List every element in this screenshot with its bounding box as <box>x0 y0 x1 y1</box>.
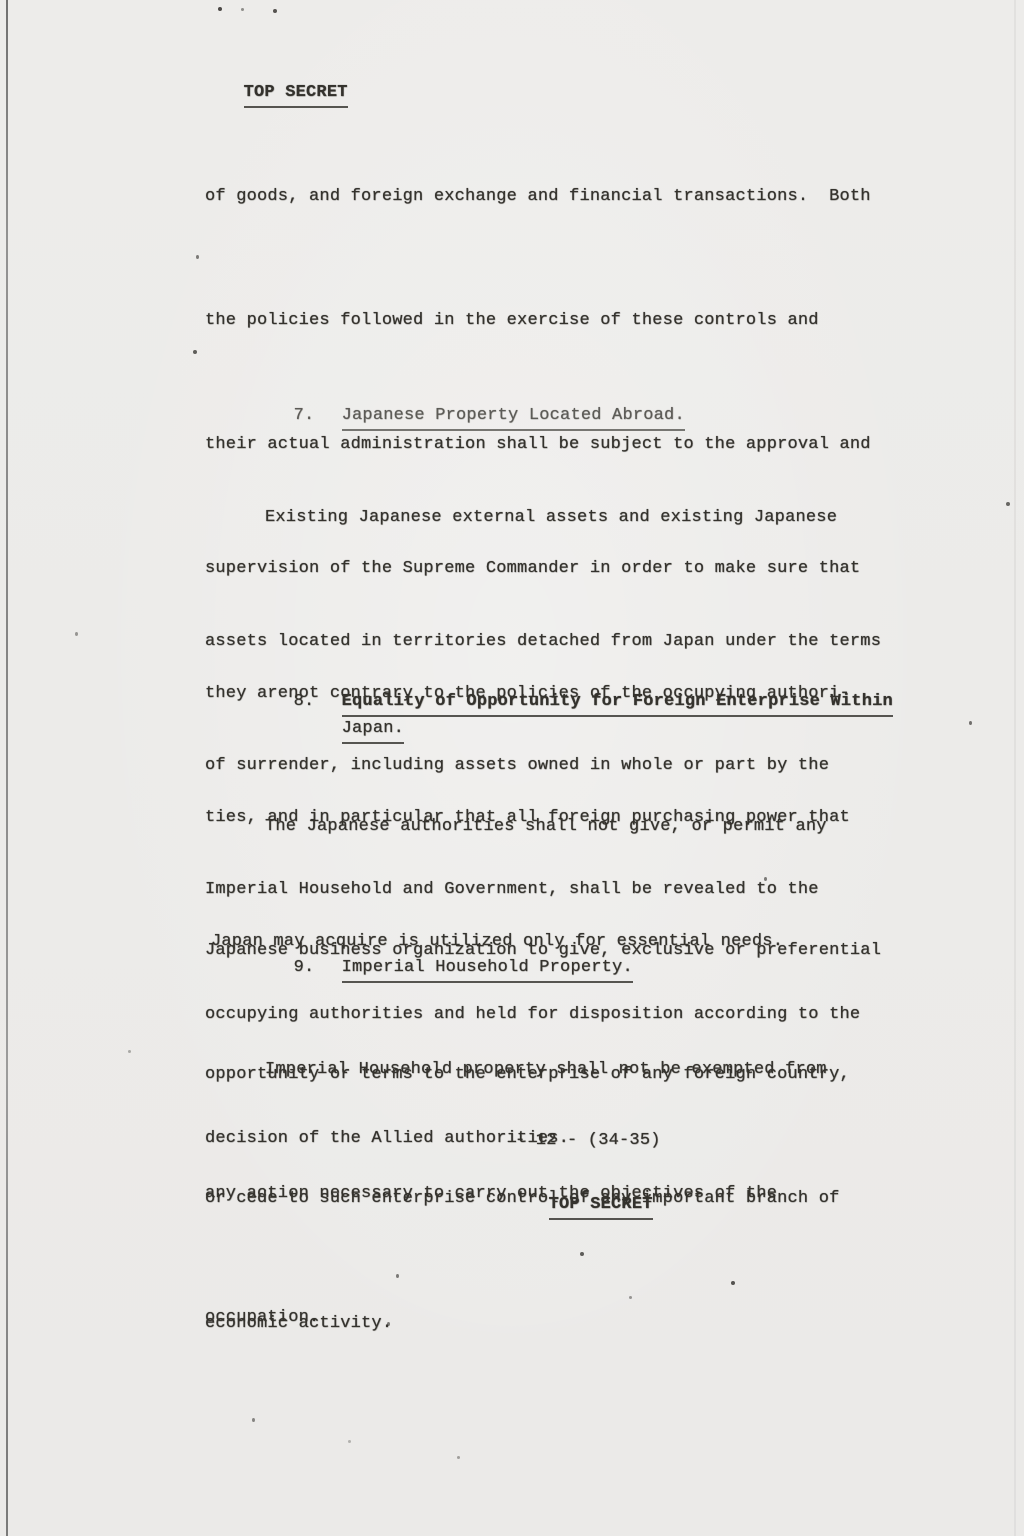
text-line: Existing Japanese external assets and ex… <box>205 497 881 538</box>
ink-speck <box>128 1050 131 1053</box>
ink-speck <box>580 1252 584 1256</box>
page-left-edge-line <box>6 0 8 1536</box>
ink-speck <box>241 8 244 11</box>
ink-speck <box>196 255 199 259</box>
page-right-edge-shadow <box>1014 0 1016 1536</box>
ink-speck <box>629 1296 632 1299</box>
ink-speck <box>731 1281 735 1285</box>
ink-speck <box>969 721 972 725</box>
ink-speck <box>252 1418 255 1422</box>
ink-speck <box>348 1440 351 1443</box>
ink-speck <box>396 1274 399 1278</box>
text-line: of goods, and foreign exchange and finan… <box>205 176 871 217</box>
text-line: assets located in territories detached f… <box>205 621 881 662</box>
classification-footer-text: TOP SECRET <box>549 1193 653 1220</box>
ink-speck <box>457 1456 460 1459</box>
classification-footer: TOP SECRET <box>507 1169 653 1244</box>
text-line: occupation. <box>205 1297 827 1338</box>
ink-speck <box>273 9 277 13</box>
ink-speck <box>387 1322 390 1326</box>
ink-speck <box>193 350 197 354</box>
section-8-title-line-1: Equality of Opportunity for Foreign Ente… <box>342 690 893 717</box>
text-line: Imperial Household property shall not be… <box>205 1049 827 1090</box>
section-8-number: 8. <box>294 690 342 714</box>
text-line: the policies followed in the exercise of… <box>205 300 871 341</box>
text-line: The Japanese authorities shall not give,… <box>205 806 881 847</box>
ink-speck <box>764 877 767 881</box>
page-number: - 12 - (34-35) <box>515 1129 661 1153</box>
ink-speck <box>218 7 222 11</box>
scanned-document-page: TOP SECRET of goods, and foreign exchang… <box>0 0 1024 1536</box>
ink-speck <box>75 632 78 636</box>
ink-speck <box>1006 502 1010 506</box>
